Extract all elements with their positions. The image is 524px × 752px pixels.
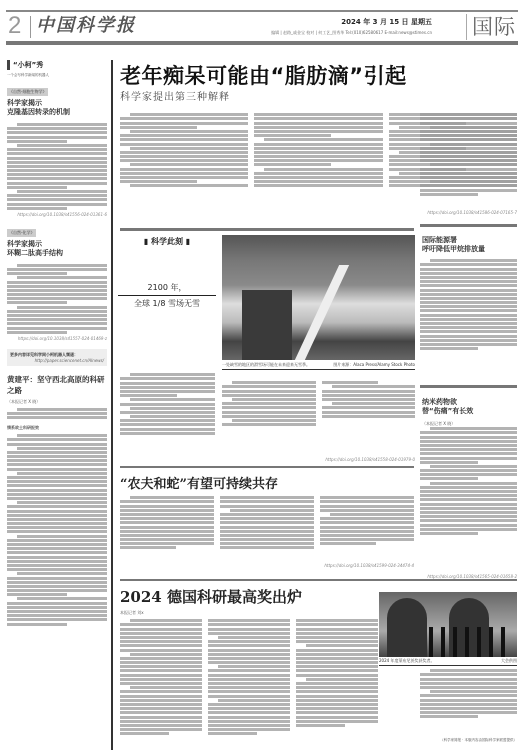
article-body	[420, 668, 517, 719]
article-body	[7, 408, 107, 419]
lead-subheadline: 科学家提出第三种解释	[120, 88, 230, 103]
paper-name-logo: 中国科学报	[36, 14, 136, 38]
story2-headline: “农夫和蛇”有望可持续共存	[120, 473, 278, 492]
feature-headline: 2100 年， 全球 1/8 雪场无雪	[118, 282, 216, 309]
article-headline: 科学家揭示 环糊二肽高手结构	[7, 240, 107, 258]
byline: （本报记者 X 晓）	[7, 399, 107, 405]
photo-credit: 大会供图	[501, 658, 517, 664]
issue-date: 2024 年 3 月 15 日 星期五	[341, 17, 432, 27]
feature-headline-line2: 全球 1/8 雪场无雪	[118, 296, 216, 309]
feature-label-text: 科学此刻	[151, 237, 183, 246]
left-column: “小柯”秀 一个会写科学新闻的机器人 《自然-细胞生物学》 科学家揭示 克隆基因…	[7, 60, 107, 627]
section-name: 国际	[472, 13, 516, 41]
article-body	[7, 264, 107, 334]
photo-caption: 2024 年度莱布尼茨奖获奖者。 大会供图	[379, 658, 517, 666]
article-kicker: 《自然-化学》	[7, 229, 36, 237]
article-body	[7, 434, 107, 625]
doi-link[interactable]: https://doi.org/10.1038/s41557-024-01469…	[7, 336, 107, 341]
section-rule	[120, 579, 517, 581]
article-headline: 国际能源署 呼吁降低甲烷排放量	[422, 236, 485, 254]
top-rule	[6, 10, 518, 12]
notice-box: 更多内容详见科学网小柯机器人频道： http://paper.sciencene…	[7, 349, 107, 366]
story3-body	[120, 618, 378, 736]
feature-label: ▮ 科学此刻 ▮	[122, 236, 212, 247]
section-rule	[420, 385, 517, 388]
column-divider	[111, 60, 113, 750]
divider	[30, 16, 31, 38]
article-body	[7, 123, 107, 210]
article-body	[420, 426, 517, 536]
caption-text: 2024 年度莱布尼茨奖获奖者。	[379, 658, 434, 664]
ski-resort-photo	[222, 235, 415, 360]
feature-headline-line1: 2100 年，	[118, 282, 216, 296]
doi-link[interactable]: https://doi.org/10.1038/s41599-024-34474…	[318, 563, 414, 568]
article-body	[420, 258, 517, 351]
caption-text: 一处缺雪的地区的滑雪场可能在未来迎来无雪季。	[222, 362, 310, 368]
column-label: “小柯”秀	[7, 60, 107, 70]
divider	[466, 14, 467, 40]
article-kicker: 《自然-细胞生物学》	[7, 88, 48, 96]
doi-link[interactable]: https://doi.org/10.1038/s41556-024-01361…	[7, 212, 107, 217]
article-headline: 科学家揭示 克隆基因转录的机制	[7, 99, 107, 117]
feature-body-cols	[222, 380, 415, 427]
doi-link[interactable]: https://doi.org/10.1038/s41565-024-01658…	[420, 574, 517, 579]
page-number: 2	[8, 13, 21, 39]
column-tagline: 一个会写科学新闻的机器人	[7, 73, 107, 78]
notice-link[interactable]: http://paper.sciencenet.cn/AInews/	[10, 358, 104, 363]
article-headline: 黄建平：坚守西北高原的科研之路	[7, 374, 107, 396]
story3-headline: 2024 德国科研最高奖出炉	[120, 586, 302, 607]
doi-link[interactable]: https://doi.org/10.1038/s41558-024-01979…	[320, 457, 415, 462]
feature-body	[120, 372, 215, 436]
article-headline: 纳米药物欲 替“伤痛”有长效	[422, 398, 473, 416]
photo-credit: 图片来源：Alaca Press/Alamy Stock Photo	[333, 362, 415, 368]
byline: 本报记者 刘x	[120, 610, 144, 616]
section-rule	[420, 224, 517, 227]
story2-body	[120, 495, 414, 551]
doi-link[interactable]: https://doi.org/10.1038/s41586-024-07165…	[420, 210, 517, 215]
award-photo	[379, 592, 517, 657]
masthead-rule	[6, 41, 518, 45]
footer-note: （科学家简报 · 本版内容由国际科学家联盟提供）	[420, 738, 517, 743]
photo-caption: 一处缺雪的地区的滑雪场可能在未来迎来无雪季。 图片来源：Alaca Press/…	[222, 362, 415, 370]
section-rule	[120, 466, 414, 468]
lead-headline: 老年痴呆可能由“脂肪滴”引起	[120, 60, 407, 90]
right-column-top	[420, 112, 517, 197]
subhead: 情系故土科研报效	[7, 425, 107, 431]
section-rule	[120, 228, 414, 231]
editor-contact: 编辑 | 赵路_戚金宝 校对 | 何工艺_图秀华 Tel:(010)625806…	[271, 30, 432, 36]
